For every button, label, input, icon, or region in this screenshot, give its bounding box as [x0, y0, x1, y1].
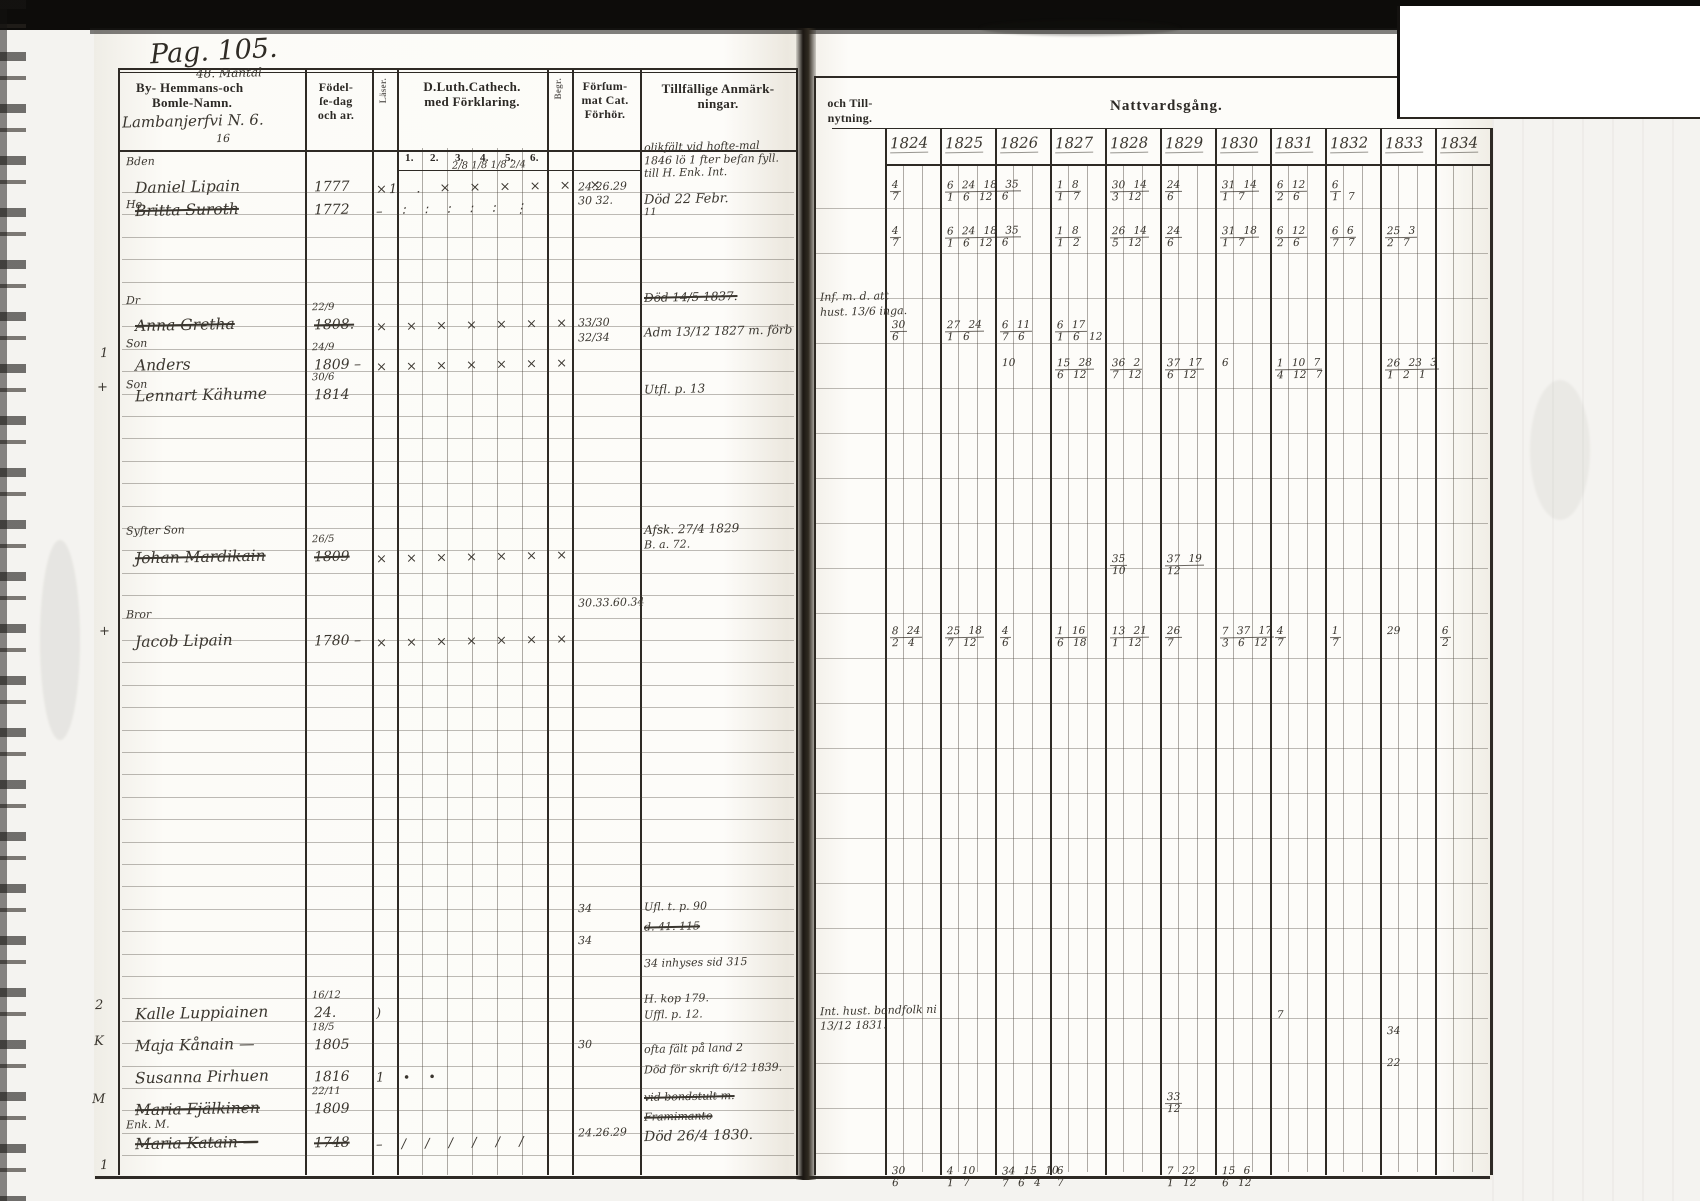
scan-right-background-streaks — [1492, 30, 1700, 1201]
narrow-column2-header: Begr. — [553, 78, 563, 99]
grid-line — [816, 523, 1488, 524]
birth-year: 1809 – — [314, 357, 361, 374]
birth-year: 1816 — [314, 1069, 350, 1086]
communion-date-group: 246 — [1165, 226, 1183, 250]
grid-line — [1362, 166, 1363, 1172]
grid-line — [1087, 166, 1088, 1172]
communion-date-group: 17 — [1330, 626, 1341, 650]
grid-line — [122, 349, 794, 350]
margin-mark: 1 — [100, 1158, 109, 1173]
grid-line — [122, 461, 794, 462]
forsummat-entry: 24.26.29 — [578, 1125, 627, 1139]
grid-line — [816, 748, 1488, 749]
communion-month-numbers: 7 — [890, 238, 901, 250]
grid-line — [572, 68, 574, 1175]
grid-line — [816, 433, 1488, 434]
catechism-marks: – ∶ ∶ ∶ ∶ ∶ ⋮ — [376, 201, 529, 219]
communion-month-numbers: 4 12 7 — [1275, 370, 1325, 382]
birth-header-line: Födel- — [304, 80, 368, 95]
scanned-parish-register-page: Pag. 105. 48. Mantal By- Hemmans-och Bom… — [0, 0, 1700, 1201]
communion-date-group: 3510 — [1110, 554, 1128, 578]
birth-year: 1805 — [314, 1037, 350, 1054]
birth-year: 1809 — [314, 549, 350, 566]
communion-date-group: 61 7 — [1330, 180, 1357, 204]
communion-date-group: 6 122 6 — [1275, 180, 1308, 204]
grid-line — [1398, 166, 1399, 1172]
communion-month-numbers: 3 12 — [1110, 192, 1149, 204]
communion-date-group: 36 27 12 — [1110, 358, 1144, 382]
communion-date-group: 29 — [1385, 626, 1403, 638]
communion-date-group: 62 — [1440, 626, 1451, 650]
grid-line — [122, 618, 794, 619]
margin-mark: 1 — [100, 346, 109, 361]
birth-year: 1808. — [314, 317, 354, 334]
communion-month-numbers: 1 7 — [1220, 238, 1259, 250]
communion-date-group: 3312 — [1165, 1092, 1183, 1116]
grid-line — [122, 752, 794, 753]
communion-date-group: 26 145 12 — [1110, 226, 1149, 250]
grid-line — [816, 703, 1488, 704]
communion-date-group: 31 141 7 — [1220, 180, 1259, 204]
catechism-marks: ) — [376, 1006, 383, 1021]
person-name: Susanna Pirhuen — [135, 1067, 269, 1088]
grid-line — [122, 237, 794, 238]
grid-line — [1233, 166, 1234, 1172]
relation-label: Bden — [126, 155, 155, 169]
grid-line — [122, 506, 794, 507]
grid-line — [816, 973, 1488, 974]
communion-date-group: 6 117 6 — [1000, 320, 1033, 344]
grid-line — [816, 298, 1488, 299]
birth-day-fraction: 30/6 — [312, 372, 335, 383]
grid-line — [816, 838, 1488, 839]
relation-label: Son — [126, 337, 148, 350]
grid-line — [122, 842, 794, 843]
catechism-marks: – / / / / / / — [376, 1134, 526, 1152]
grid-line — [1068, 166, 1069, 1172]
names-column-header-line2: Bomle-Namn. — [152, 95, 232, 111]
remarks-header-line: Tillfällige Anmärk- — [642, 81, 794, 97]
forsummat-entry: 30 32. — [578, 194, 613, 208]
communion-month-numbers: 1 12 — [1165, 1178, 1199, 1190]
birth-day-fraction: 22/11 — [312, 1086, 341, 1098]
communion-date-group: 1 81 7 — [1055, 180, 1082, 204]
person-name: Maria Fjälkinen — [135, 1099, 260, 1120]
birth-day-fraction: 18/5 — [312, 1022, 335, 1033]
communion-month-numbers: 7 — [1165, 638, 1183, 650]
remark-entry: B. a. 72. — [644, 538, 690, 552]
forsummat-entry: 30.33.60.34 — [578, 595, 645, 609]
person-name: Jacob Lipain — [135, 631, 233, 651]
grid-line — [1472, 166, 1473, 1172]
grid-line — [95, 1176, 1490, 1179]
tillnytning-header-line: nytning. — [816, 111, 884, 126]
grid-line — [122, 954, 794, 955]
forsummat-header-line: Förhör. — [572, 107, 638, 122]
scan-left-edge-strip — [0, 0, 7, 1201]
grid-line — [122, 304, 794, 305]
communion-month-numbers: 2 4 — [890, 638, 923, 650]
tillnytning-header-line: och Till- — [816, 96, 884, 111]
grid-line — [885, 164, 1490, 166]
year-label: 1825 — [945, 134, 984, 154]
grid-line — [922, 166, 923, 1172]
grid-line — [958, 166, 959, 1172]
grid-line — [816, 928, 1488, 929]
grid-line — [1490, 128, 1493, 1175]
communion-date-group: 22 — [1385, 1058, 1403, 1070]
birth-year: 1780 – — [314, 633, 361, 650]
communion-date-group: 10 — [1000, 358, 1018, 370]
year-label: 1834 — [1440, 134, 1479, 154]
communion-date-group: 7 221 12 — [1165, 1166, 1199, 1190]
communion-title: Nattvardsgång. — [1110, 98, 1223, 115]
communion-month-numbers: 7 12 — [945, 638, 984, 650]
communion-date-group: 47 — [890, 180, 901, 204]
grid-line — [832, 128, 1490, 129]
grid-line — [1013, 166, 1014, 1172]
communion-month-numbers: 6 18 — [1055, 638, 1089, 650]
person-name: Daniel Lipain — [135, 177, 240, 197]
grid-line — [122, 685, 794, 686]
tillnytning-note-line: hust. 13/6 inga. — [820, 304, 907, 319]
communion-month-numbers: 7 12 — [1110, 370, 1144, 382]
remark-entry: 11 — [644, 207, 657, 218]
grid-line — [1123, 166, 1124, 1172]
year-label: 1828 — [1110, 134, 1149, 154]
book-binding-gutter — [796, 28, 816, 1180]
forsummat-entry: 32/34 — [578, 331, 610, 345]
communion-month-numbers: 1 6 12 6 — [945, 238, 1021, 251]
birth-day-fraction: 16/12 — [312, 990, 341, 1002]
person-name: Johan Mardikain — [135, 547, 266, 568]
communion-month-numbers: 2 7 — [1385, 238, 1418, 250]
remark-entry: ofta fält på land 2 — [644, 1041, 743, 1056]
communion-month-numbers: 12 — [1165, 566, 1204, 578]
scan-top-band-shadow — [90, 28, 1400, 34]
year-label: 1824 — [890, 134, 929, 154]
communion-month-numbers: 5 12 — [1110, 238, 1149, 250]
person-name: Maja Kånain — — [135, 1035, 255, 1055]
grid-line — [122, 797, 794, 798]
communion-date-group: 7 — [1275, 1010, 1286, 1022]
grid-line — [122, 1155, 794, 1156]
communion-date-group: 37 176 12 — [1165, 358, 1204, 382]
person-name: Britta Suroth — [135, 200, 239, 220]
remarks-header-line: ningar. — [642, 96, 794, 112]
grid-line — [122, 774, 794, 775]
communion-month-numbers: 7 — [890, 192, 901, 204]
communion-day-numbers: 10 — [1000, 358, 1018, 370]
grid-line — [547, 68, 549, 1175]
communion-day-numbers: 22 — [1385, 1058, 1403, 1070]
grid-line — [122, 259, 794, 260]
communion-date-group: 25 187 12 — [945, 626, 984, 650]
grid-line — [305, 68, 307, 1175]
communion-date-group: 27 241 6 — [945, 320, 984, 344]
communion-date-group: 1 166 18 — [1055, 626, 1089, 650]
communion-month-numbers: 6 12 — [1055, 370, 1094, 382]
communion-date-group: 6 24 18 351 6 12 6 — [945, 179, 1021, 204]
communion-date-group: 47 — [1275, 626, 1286, 650]
remark-entry: 34 inhyses sid 315 — [644, 955, 748, 970]
grid-line — [640, 68, 642, 1175]
communion-date-group: 246 — [1165, 180, 1183, 204]
communion-month-numbers: 1 2 1 — [1385, 370, 1439, 382]
catechism-subcolumn-number: 2. — [430, 152, 439, 164]
remark-entry: Framimanto — [644, 1109, 713, 1123]
scan-blotch — [40, 540, 80, 740]
forsummat-header-line: mat Cat. — [572, 93, 638, 108]
grid-line — [122, 886, 794, 887]
grid-line — [122, 662, 794, 663]
communion-date-group: 30 143 12 — [1110, 180, 1149, 204]
grid-line — [122, 282, 794, 283]
tillnytning-note-line: Inf. m. d. att — [820, 289, 889, 303]
relation-label: Bror — [126, 608, 152, 622]
birth-header-line: ſe-dag — [304, 94, 368, 109]
remark-entry: till H. Enk. Int. — [644, 165, 727, 180]
communion-month-numbers: 1 7 — [1055, 192, 1082, 204]
communion-date-group: 26 23 31 2 1 — [1385, 358, 1439, 383]
year-label: 1829 — [1165, 134, 1204, 154]
narrow-column1-header: Läser. — [378, 78, 388, 103]
communion-date-group: 25 32 7 — [1385, 226, 1418, 250]
grid-line — [816, 343, 1488, 344]
grid-line — [1178, 166, 1179, 1172]
margin-mark: 2 — [95, 998, 104, 1013]
communion-date-group: 6 171 6 12 — [1055, 320, 1105, 345]
year-label: 1827 — [1055, 134, 1094, 154]
communion-month-numbers: 2 6 — [1275, 238, 1308, 250]
tillnytning-note-line: 13/12 1831. — [820, 1018, 887, 1032]
communion-date-group: 15 286 12 — [1055, 358, 1094, 382]
scan-blotch — [980, 20, 1180, 36]
communion-month-numbers: 7 6 4 — [1000, 1178, 1061, 1190]
grid-line — [1307, 166, 1308, 1172]
grid-line — [122, 595, 794, 596]
communion-month-numbers: 1 2 — [1055, 238, 1082, 250]
catechism-handwritten-dates: 2/8 1/8 1/8 2/4 — [452, 159, 526, 172]
communion-month-numbers: 7 7 — [1330, 238, 1357, 250]
communion-date-group: 31 181 7 — [1220, 226, 1259, 250]
catechism-header-line1: D.Luth.Cathech. — [399, 79, 545, 95]
year-label: 1830 — [1220, 134, 1259, 154]
grid-line — [816, 478, 1488, 479]
communion-date-group: 46 — [1000, 626, 1011, 650]
communion-month-numbers: 6 — [1165, 238, 1183, 250]
mantal-annotation: 48. Mantal — [196, 65, 262, 80]
birth-day-fraction: 24/9 — [312, 342, 335, 353]
grid-line — [816, 208, 1488, 209]
person-name: Anders — [135, 355, 191, 374]
birth-year: 24. — [314, 1005, 337, 1021]
communion-month-numbers: 1 7 — [1220, 192, 1259, 204]
forsummat-entry: 24.26.29 — [578, 179, 627, 193]
communion-day-numbers: 6 — [1220, 358, 1231, 370]
forsummat-entry: 34 — [578, 934, 592, 947]
communion-date-group: 1 81 2 — [1055, 226, 1082, 250]
forsummat-entry: 30 — [578, 1038, 592, 1051]
communion-month-numbers: 6 — [890, 332, 908, 344]
remark-entry: Död 26/4 1830. — [644, 1127, 753, 1145]
remark-entry: Uffl. p. 12. — [644, 1007, 703, 1021]
communion-date-group: 34 — [1385, 1026, 1403, 1038]
communion-date-group: 15 66 12 — [1220, 1166, 1254, 1190]
communion-date-group: 1 10 74 12 7 — [1275, 358, 1325, 383]
communion-date-group: 13 211 12 — [1110, 626, 1149, 650]
grid-line — [1032, 166, 1033, 1172]
margin-mark: + — [97, 380, 108, 395]
grid-line — [1252, 166, 1253, 1172]
remark-entry: Död 22 Febr. — [644, 191, 729, 208]
communion-month-numbers: 6 — [1000, 638, 1011, 650]
relation-label: Enk. M. — [126, 1118, 170, 1132]
grid-line — [1453, 166, 1454, 1172]
names-column-header-line1: By- Hemmans-och — [136, 80, 243, 96]
grid-line — [122, 864, 794, 865]
grid-line — [397, 68, 399, 1175]
grid-line — [816, 568, 1488, 569]
year-label: 1826 — [1000, 134, 1039, 154]
communion-month-numbers: 10 — [1110, 566, 1128, 578]
person-name: Anna Gretha — [135, 315, 235, 335]
communion-date-group: 4 101 7 — [945, 1166, 978, 1190]
communion-month-numbers: 6 12 — [1220, 1178, 1254, 1190]
grid-line — [1142, 166, 1143, 1172]
communion-month-numbers: 1 6 — [945, 332, 984, 344]
communion-date-group: 34 15 107 6 4 — [1000, 1165, 1061, 1190]
village-name-handwritten: Lambanjerfvi N. 6. — [122, 111, 264, 132]
communion-month-numbers: 1 12 — [1110, 638, 1149, 650]
communion-day-numbers: 34 — [1385, 1026, 1403, 1038]
communion-month-numbers: 1 7 — [1330, 192, 1357, 204]
communion-month-numbers: 6 — [890, 1178, 908, 1190]
birth-day-fraction: 22/9 — [312, 302, 335, 313]
grid-line — [977, 166, 978, 1172]
communion-month-numbers: 7 — [1330, 638, 1341, 650]
grid-line — [122, 976, 794, 977]
remark-entry: Utfl. p. 13 — [644, 381, 705, 396]
communion-date-group: 7 37 173 6 12 — [1220, 626, 1274, 651]
communion-date-group: 6 67 7 — [1330, 226, 1357, 250]
remark-entry: d. 41. 115 — [644, 919, 700, 933]
village-number-handwritten: 16 — [216, 132, 230, 145]
forsummat-header-line: Förſum- — [572, 79, 638, 94]
birth-year: 1814 — [314, 387, 350, 404]
forsummat-entry: 33/30 — [578, 316, 610, 330]
remark-entry: H. kop 179. — [644, 991, 709, 1005]
grid-line — [816, 658, 1488, 659]
communion-date-group: 267 — [1165, 626, 1183, 650]
forsummat-entry: 34 — [578, 902, 592, 915]
communion-month-numbers: 6 12 — [1165, 370, 1204, 382]
communion-month-numbers: 6 — [1165, 192, 1183, 204]
person-name: Kalle Luppiainen — [135, 1003, 269, 1024]
grid-line — [816, 883, 1488, 884]
margin-mark: + — [99, 624, 110, 639]
birth-year: 1777 — [314, 179, 350, 196]
catechism-header-line2: med Förklaring. — [399, 94, 545, 110]
margin-mark: M — [92, 1092, 106, 1107]
birth-header-line: och ar. — [304, 108, 368, 123]
grid-line — [122, 573, 794, 574]
communion-month-numbers: 7 — [1275, 638, 1286, 650]
communion-date-group: 6 — [1220, 358, 1231, 370]
communion-month-numbers: 2 6 — [1275, 192, 1308, 204]
scan-blotch — [1530, 380, 1590, 520]
communion-date-group: 306 — [890, 320, 908, 344]
remark-entry: vid bondstult m. — [644, 1089, 735, 1104]
relation-label: Dr — [126, 294, 140, 307]
communion-month-numbers: 2 — [1440, 638, 1451, 650]
relation-label: Syſter Son — [126, 523, 185, 537]
communion-month-numbers: 7 6 — [1000, 332, 1033, 344]
grid-line — [1288, 166, 1289, 1172]
birth-year: 1772 — [314, 202, 350, 219]
person-name: Maria Katain — — [135, 1133, 259, 1154]
catechism-subcolumn-number: 6. — [530, 152, 539, 164]
grid-line — [122, 483, 794, 484]
remark-entry: Död 14/5 1837. — [644, 289, 738, 305]
birth-day-fraction: 26/5 — [312, 534, 335, 545]
person-name: Lennart Kähume — [135, 385, 267, 406]
tillnytning-note-line: Int. hust. bondfolk ni — [820, 1003, 937, 1018]
remark-entry: Ufl. t. p. 90 — [644, 899, 707, 913]
grid-line — [1343, 166, 1344, 1172]
communion-day-numbers: 7 — [1275, 1010, 1286, 1022]
grid-line — [816, 253, 1488, 254]
scan-top-right-white-patch — [1397, 6, 1700, 119]
communion-date-group: 8 242 4 — [890, 626, 923, 650]
communion-date-group: 6 122 6 — [1275, 226, 1308, 250]
grid-line — [118, 68, 120, 1175]
grid-line — [122, 416, 794, 417]
communion-date-group: 67 — [1055, 1166, 1066, 1190]
grid-line — [122, 707, 794, 708]
communion-month-numbers: 7 — [1055, 1178, 1066, 1190]
grid-line — [816, 793, 1488, 794]
grid-line — [372, 68, 374, 1175]
communion-date-group: 47 — [890, 226, 901, 250]
catechism-marks: 1 ∙ ∙ — [376, 1069, 438, 1085]
grid-line — [122, 1088, 794, 1089]
grid-line — [1197, 166, 1198, 1172]
communion-date-group: 37 1912 — [1165, 554, 1204, 578]
catechism-subcolumn-number: 1. — [405, 152, 414, 164]
communion-day-numbers: 29 — [1385, 626, 1403, 638]
communion-month-numbers: 3 6 12 — [1220, 638, 1274, 650]
communion-month-numbers: 1 7 — [945, 1178, 978, 1190]
grid-line — [816, 1108, 1488, 1109]
grid-line — [816, 388, 1488, 389]
communion-month-numbers: 1 6 12 — [1055, 332, 1105, 344]
grid-line — [122, 438, 794, 439]
year-label: 1831 — [1275, 134, 1314, 154]
grid-line — [814, 76, 1490, 78]
birth-year: 1748 — [314, 1135, 350, 1152]
margin-mark: K — [94, 1034, 104, 1049]
grid-line — [122, 730, 794, 731]
grid-line — [816, 613, 1488, 614]
remark-entry: Afsk. 27/4 1829 — [644, 521, 740, 537]
birth-year: 1809 — [314, 1101, 350, 1118]
grid-line — [1417, 166, 1418, 1172]
communion-month-numbers: 12 — [1165, 1104, 1183, 1116]
grid-line — [816, 1018, 1488, 1019]
grid-line — [816, 1153, 1488, 1154]
year-label: 1833 — [1385, 134, 1424, 154]
